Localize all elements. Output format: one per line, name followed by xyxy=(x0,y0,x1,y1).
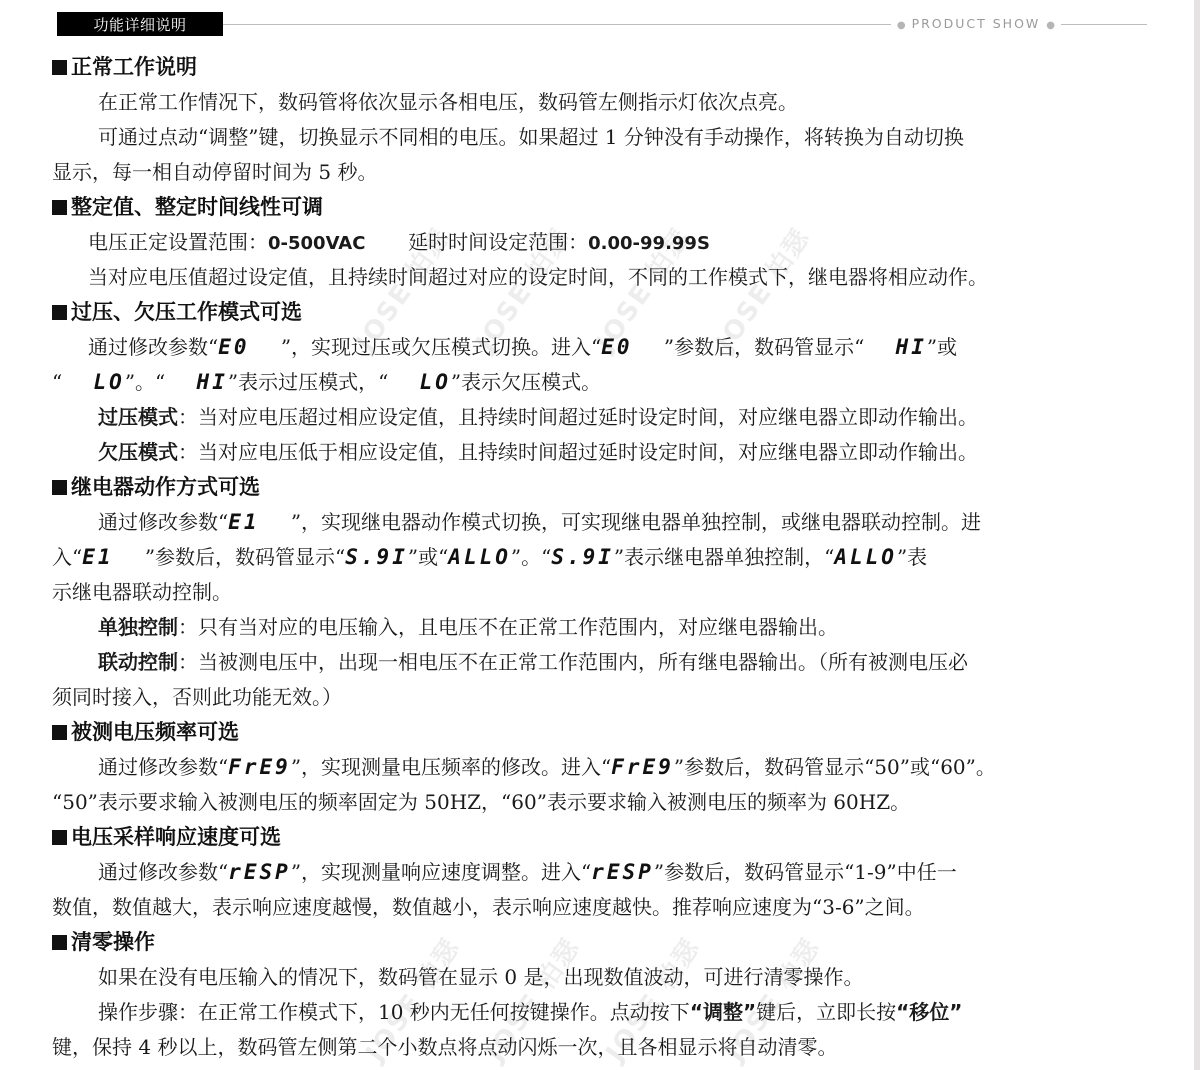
section-title-text: 清零操作 xyxy=(71,930,155,954)
paragraph: 过压模式：当对应电压超过相应设定值，且持续时间超过延时设定时间，对应继电器立即动… xyxy=(52,400,1152,435)
section-title-text: 正常工作说明 xyxy=(71,55,197,79)
text: 通过修改参数“ xyxy=(98,860,228,884)
section-title-normal: 正常工作说明 xyxy=(52,50,1152,85)
paragraph: 通过修改参数“E1 ”，实现继电器动作模式切换，可实现继电器单独控制，或继电器联… xyxy=(52,505,1152,540)
section-title-text: 整定值、整定时间线性可调 xyxy=(71,195,323,219)
text: ”，实现继电器动作模式切换，可实现继电器单独控制，或继电器联动控制。进 xyxy=(291,510,981,534)
dot-icon: ● xyxy=(1046,20,1055,31)
segment-code-freq: FrE9 xyxy=(228,755,291,779)
text: ”表 xyxy=(897,545,927,569)
paragraph: 键，保持 4 秒以上，数码管左侧第二个小数点将点动闪烁一次，且各相显示将自动清零… xyxy=(52,1030,1152,1065)
document-body: 正常工作说明 在正常工作情况下，数码管将依次显示各相电压，数码管左侧指示灯依次点… xyxy=(52,50,1152,1065)
section-title-text: 电压采样响应速度可选 xyxy=(71,825,281,849)
text: ”，实现测量响应速度调整。进入“ xyxy=(291,860,591,884)
paragraph: 入“E1 ”参数后，数码管显示“S.9I”或“ALLO”。“S.9I”表示继电器… xyxy=(52,540,1152,575)
section-title-text: 过压、欠压工作模式可选 xyxy=(71,300,302,324)
text: ”参数后，数码管显示“ xyxy=(664,335,864,359)
section-header: 功能详细说明 ● PRODUCT SHOW ● xyxy=(57,12,1147,36)
segment-code-allo: ALLO xyxy=(448,545,511,569)
segment-code-lo: LO xyxy=(62,370,125,394)
segment-code-hi: HI xyxy=(165,370,228,394)
text: 通过修改参数“ xyxy=(98,755,228,779)
segment-code-sigl: S.9I xyxy=(551,545,614,569)
text: 操作步骤：在正常工作模式下，10 秒内无任何按键操作。点动按下 xyxy=(98,1000,690,1024)
paragraph: 数值，数值越大，表示响应速度越慢，数值越小，表示响应速度越快。推荐响应速度为“3… xyxy=(52,890,1152,925)
voltage-range-value: 0-500VAC xyxy=(268,233,365,254)
section-title-zero: 清零操作 xyxy=(52,925,1152,960)
square-bullet-icon xyxy=(52,480,67,495)
text: ”，实现测量电压频率的修改。进入“ xyxy=(291,755,611,779)
paragraph: 示继电器联动控制。 xyxy=(52,575,1152,610)
section-title-text: 被测电压频率可选 xyxy=(71,720,239,744)
segment-code-allo: ALLO xyxy=(834,545,897,569)
square-bullet-icon xyxy=(52,725,67,740)
square-bullet-icon xyxy=(52,60,67,75)
page-edge-strip xyxy=(1194,0,1200,1070)
text: ：当对应电压超过相应设定值，且持续时间超过延时设定时间，对应继电器立即动作输出。 xyxy=(178,405,978,429)
paragraph: 通过修改参数“rESP”，实现测量响应速度调整。进入“rESP”参数后，数码管显… xyxy=(52,855,1152,890)
segment-code-freq: FrE9 xyxy=(611,755,674,779)
paragraph: 单独控制：只有当对应的电压输入，且电压不在正常工作范围内，对应继电器输出。 xyxy=(52,610,1152,645)
text: ”参数后，数码管显示“ xyxy=(145,545,345,569)
paragraph: 显示，每一相自动停留时间为 5 秒。 xyxy=(52,155,1152,190)
text: ：当对应电压低于相应设定值，且持续时间超过延时设定时间，对应继电器立即动作输出。 xyxy=(178,440,978,464)
linked-control-label: 联动控制 xyxy=(98,650,178,674)
text: ”。“ xyxy=(125,370,165,394)
single-control-label: 单独控制 xyxy=(98,615,178,639)
text: 键后，立即长按 xyxy=(756,1000,896,1024)
delay-range-value: 0.00-99.99S xyxy=(588,233,710,254)
segment-code-lo: LO xyxy=(388,370,451,394)
section-title-mode: 过压、欠压工作模式可选 xyxy=(52,295,1152,330)
paragraph: 通过修改参数“E0 ”，实现过压或欠压模式切换。进入“E0 ”参数后，数码管显示… xyxy=(52,330,1152,365)
paragraph: “50”表示要求输入被测电压的频率固定为 50HZ，“60”表示要求输入被测电压… xyxy=(52,785,1152,820)
section-title-relay: 继电器动作方式可选 xyxy=(52,470,1152,505)
segment-code-e1: E1 xyxy=(82,545,145,569)
brand-label: PRODUCT SHOW xyxy=(912,16,1041,31)
text: ”或“ xyxy=(408,545,448,569)
paragraph: 可通过点动“调整”键，切换显示不同相的电压。如果超过 1 分钟没有手动操作，将转… xyxy=(52,120,1152,155)
text: ”，实现过压或欠压模式切换。进入“ xyxy=(281,335,601,359)
paragraph: 联动控制：当被测电压中，出现一相电压不在正常工作范围内，所有继电器输出。（所有被… xyxy=(52,645,1152,680)
segment-code-resp: rESP xyxy=(228,860,291,884)
paragraph: “ LO”。“ HI”表示过压模式，“ LO”表示欠压模式。 xyxy=(52,365,1152,400)
section-title-setting: 整定值、整定时间线性可调 xyxy=(52,190,1152,225)
text: 通过修改参数“ xyxy=(88,335,218,359)
text: ”。“ xyxy=(511,545,551,569)
square-bullet-icon xyxy=(52,935,67,950)
text: ”或 xyxy=(927,335,957,359)
section-title-frequency: 被测电压频率可选 xyxy=(52,715,1152,750)
square-bullet-icon xyxy=(52,200,67,215)
segment-code-e0: E0 xyxy=(601,335,664,359)
setting-ranges: 电压正定设置范围：0-500VAC 延时时间设定范围：0.00-99.99S xyxy=(52,225,1152,260)
shift-key-label: “移位” xyxy=(896,1000,962,1024)
paragraph: 如果在没有电压输入的情况下，数码管在显示 0 是，出现数值波动，可进行清零操作。 xyxy=(52,960,1152,995)
overvoltage-label: 过压模式 xyxy=(98,405,178,429)
section-title-response: 电压采样响应速度可选 xyxy=(52,820,1152,855)
paragraph: 须同时接入，否则此功能无效。） xyxy=(52,680,1152,715)
text: ”表示过压模式，“ xyxy=(228,370,388,394)
delay-range-label: 延时时间设定范围： xyxy=(408,230,588,254)
section-title-text: 继电器动作方式可选 xyxy=(71,475,260,499)
voltage-range-label: 电压正定设置范围： xyxy=(88,230,268,254)
adjust-key-label: “调整” xyxy=(690,1000,756,1024)
header-tab-title: 功能详细说明 xyxy=(57,12,223,36)
segment-code-resp: rESP xyxy=(591,860,654,884)
text: 入“ xyxy=(52,545,82,569)
text: “ xyxy=(52,370,62,394)
text: ：只有当对应的电压输入，且电压不在正常工作范围内，对应继电器输出。 xyxy=(178,615,838,639)
text: ”表示欠压模式。 xyxy=(451,370,601,394)
paragraph: 在正常工作情况下，数码管将依次显示各相电压，数码管左侧指示灯依次点亮。 xyxy=(52,85,1152,120)
square-bullet-icon xyxy=(52,305,67,320)
paragraph: 操作步骤：在正常工作模式下，10 秒内无任何按键操作。点动按下“调整”键后，立即… xyxy=(52,995,1152,1030)
segment-code-hi: HI xyxy=(864,335,927,359)
segment-code-e0: E0 xyxy=(218,335,281,359)
undervoltage-label: 欠压模式 xyxy=(98,440,178,464)
dot-icon: ● xyxy=(897,20,906,31)
paragraph: 欠压模式：当对应电压低于相应设定值，且持续时间超过延时设定时间，对应继电器立即动… xyxy=(52,435,1152,470)
text: ：当被测电压中，出现一相电压不在正常工作范围内，所有继电器输出。（所有被测电压必 xyxy=(178,650,968,674)
text: 通过修改参数“ xyxy=(98,510,228,534)
text: ”表示继电器单独控制，“ xyxy=(614,545,834,569)
text: ”参数后，数码管显示“50”或“60”。 xyxy=(674,755,996,779)
square-bullet-icon xyxy=(52,830,67,845)
header-brand: ● PRODUCT SHOW ● xyxy=(891,15,1061,35)
paragraph: 通过修改参数“FrE9”，实现测量电压频率的修改。进入“FrE9”参数后，数码管… xyxy=(52,750,1152,785)
segment-code-sigl: S.9I xyxy=(345,545,408,569)
paragraph: 当对应电压值超过设定值，且持续时间超过对应的设定时间，不同的工作模式下，继电器将… xyxy=(52,260,1152,295)
segment-code-e1: E1 xyxy=(228,510,291,534)
text: ”参数后，数码管显示“1-9”中任一 xyxy=(654,860,957,884)
